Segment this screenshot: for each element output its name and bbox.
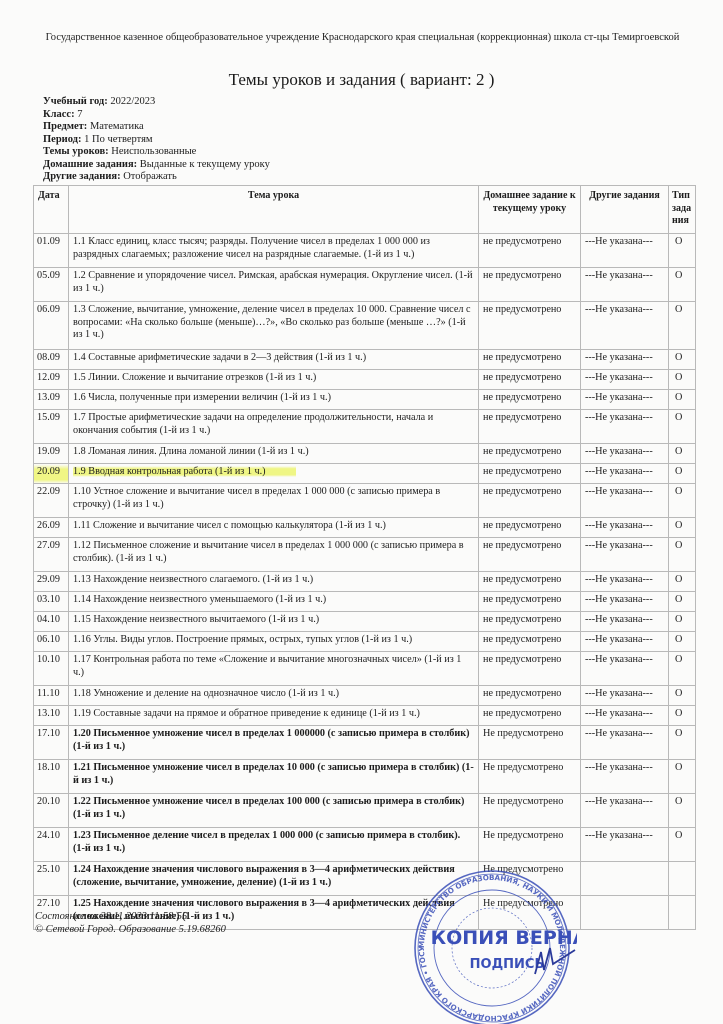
- cell-date: 18.10: [34, 760, 69, 794]
- cell-topic: 1.22 Письменное умножение чисел в предел…: [69, 794, 479, 828]
- cell-topic: 1.12 Письменное сложение и вычитание чис…: [69, 538, 479, 572]
- cell-other-tasks: ---Не указана---: [581, 538, 669, 572]
- table-row: 18.101.21 Письменное умножение чисел в п…: [34, 760, 696, 794]
- table-row: 27.091.12 Письменное сложение и вычитани…: [34, 538, 696, 572]
- column-header-date: Дата: [34, 186, 69, 234]
- cell-homework: не предусмотрено: [479, 592, 581, 612]
- cell-task-type: О: [669, 390, 696, 410]
- meta-line: Класс: 7: [43, 109, 270, 122]
- cell-task-type: О: [669, 632, 696, 652]
- cell-date: 06.10: [34, 632, 69, 652]
- meta-label: Другие задания:: [43, 171, 121, 182]
- cell-other-tasks: ---Не указана---: [581, 572, 669, 592]
- cell-homework: не предусмотрено: [479, 390, 581, 410]
- cell-topic: 1.20 Письменное умножение чисел в предел…: [69, 726, 479, 760]
- table-row: 04.101.15 Нахождение неизвестного вычита…: [34, 612, 696, 632]
- cell-topic: 1.14 Нахождение неизвестного уменьшаемог…: [69, 592, 479, 612]
- meta-value: 7: [77, 109, 82, 120]
- cell-topic: 1.15 Нахождение неизвестного вычитаемого…: [69, 612, 479, 632]
- cell-other-tasks: ---Не указана---: [581, 726, 669, 760]
- table-row: 03.101.14 Нахождение неизвестного уменьш…: [34, 592, 696, 612]
- cell-topic: 1.21 Письменное умножение чисел в предел…: [69, 760, 479, 794]
- table-row: 13.101.19 Составные задачи на прямое и о…: [34, 706, 696, 726]
- document-footer: Состояние на 28.11.2023 11:58:55 © Сетев…: [35, 910, 226, 936]
- cell-task-type: [669, 896, 696, 930]
- meta-value: Математика: [90, 121, 144, 132]
- meta-label: Период:: [43, 134, 81, 145]
- meta-value: 2022/2023: [110, 96, 155, 107]
- cell-topic: 1.7 Простые арифметические задачи на опр…: [69, 410, 479, 444]
- table-row: 12.091.5 Линии. Сложение и вычитание отр…: [34, 370, 696, 390]
- cell-other-tasks: ---Не указана---: [581, 632, 669, 652]
- table-row: 13.091.6 Числа, полученные при измерении…: [34, 390, 696, 410]
- cell-homework: не предусмотрено: [479, 686, 581, 706]
- cell-date: 17.10: [34, 726, 69, 760]
- cell-task-type: О: [669, 612, 696, 632]
- cell-topic: 1.17 Контрольная работа по теме «Сложени…: [69, 652, 479, 686]
- cell-topic: 1.3 Сложение, вычитание, умножение, деле…: [69, 302, 479, 350]
- table-row: 05.091.2 Сравнение и упорядочение чисел.…: [34, 268, 696, 302]
- cell-other-tasks: ---Не указана---: [581, 410, 669, 444]
- cell-topic: 1.19 Составные задачи на прямое и обратн…: [69, 706, 479, 726]
- cell-homework: не предусмотрено: [479, 444, 581, 464]
- cell-task-type: О: [669, 302, 696, 350]
- cell-topic: 1.13 Нахождение неизвестного слагаемого.…: [69, 572, 479, 592]
- cell-homework: не предусмотрено: [479, 538, 581, 572]
- cell-date: 20.09: [34, 464, 69, 484]
- cell-homework: Не предусмотрено: [479, 760, 581, 794]
- cell-date: 29.09: [34, 572, 69, 592]
- cell-date: 05.09: [34, 268, 69, 302]
- status-timestamp: Состояние на 28.11.2023 11:58:55: [35, 910, 226, 923]
- cell-date: 22.09: [34, 484, 69, 518]
- cell-homework: не предусмотрено: [479, 612, 581, 632]
- cell-other-tasks: ---Не указана---: [581, 760, 669, 794]
- column-header-task-type: Тип зада ния: [669, 186, 696, 234]
- cell-topic: 1.8 Ломаная линия. Длина ломаной линии (…: [69, 444, 479, 464]
- cell-other-tasks: [581, 896, 669, 930]
- cell-task-type: О: [669, 828, 696, 862]
- cell-task-type: О: [669, 518, 696, 538]
- cell-date: 13.10: [34, 706, 69, 726]
- cell-other-tasks: ---Не указана---: [581, 370, 669, 390]
- cell-task-type: О: [669, 370, 696, 390]
- cell-date: 15.09: [34, 410, 69, 444]
- cell-task-type: О: [669, 268, 696, 302]
- cell-task-type: О: [669, 652, 696, 686]
- cell-task-type: О: [669, 410, 696, 444]
- cell-other-tasks: ---Не указана---: [581, 484, 669, 518]
- meta-label: Домашние задания:: [43, 159, 137, 170]
- cell-homework: Не предусмотрено: [479, 726, 581, 760]
- cell-homework: Не предусмотрено: [479, 794, 581, 828]
- cell-date: 20.10: [34, 794, 69, 828]
- cell-date: 10.10: [34, 652, 69, 686]
- cell-other-tasks: ---Не указана---: [581, 464, 669, 484]
- cell-topic: 1.5 Линии. Сложение и вычитание отрезков…: [69, 370, 479, 390]
- cell-task-type: О: [669, 484, 696, 518]
- table-row: 15.091.7 Простые арифметические задачи н…: [34, 410, 696, 444]
- cell-topic: 1.1 Класс единиц, класс тысяч; разряды. …: [69, 234, 479, 268]
- cell-topic: 1.16 Углы. Виды углов. Построение прямых…: [69, 632, 479, 652]
- meta-line: Период: 1 По четвертям: [43, 134, 270, 147]
- cell-date: 11.10: [34, 686, 69, 706]
- cell-task-type: О: [669, 538, 696, 572]
- cell-topic: 1.18 Умножение и деление на однозначное …: [69, 686, 479, 706]
- cell-other-tasks: ---Не указана---: [581, 828, 669, 862]
- table-row: 26.091.11 Сложение и вычитание чисел с п…: [34, 518, 696, 538]
- table-row: 11.101.18 Умножение и деление на однозна…: [34, 686, 696, 706]
- organization-name: Государственное казенное общеобразовател…: [40, 31, 685, 45]
- cell-date: 12.09: [34, 370, 69, 390]
- cell-homework: не предусмотрено: [479, 410, 581, 444]
- cell-homework: не предусмотрено: [479, 484, 581, 518]
- meta-label: Предмет:: [43, 121, 87, 132]
- table-row: 20.101.22 Письменное умножение чисел в п…: [34, 794, 696, 828]
- cell-topic: 1.11 Сложение и вычитание чисел с помощь…: [69, 518, 479, 538]
- cell-topic: 1.10 Устное сложение и вычитание чисел в…: [69, 484, 479, 518]
- cell-homework: не предусмотрено: [479, 464, 581, 484]
- table-row: 01.091.1 Класс единиц, класс тысяч; разр…: [34, 234, 696, 268]
- cell-task-type: О: [669, 464, 696, 484]
- meta-label: Учебный год:: [43, 96, 108, 107]
- cell-topic: 1.4 Составные арифметические задачи в 2—…: [69, 350, 479, 370]
- cell-task-type: О: [669, 686, 696, 706]
- cell-other-tasks: ---Не указана---: [581, 518, 669, 538]
- certified-copy-stamp: МИНИСТЕРСТВО ОБРАЗОВАНИЯ, НАУКИ И МОЛОДЕ…: [407, 868, 577, 1024]
- cell-other-tasks: ---Не указана---: [581, 268, 669, 302]
- table-row: 24.101.23 Письменное деление чисел в пре…: [34, 828, 696, 862]
- meta-line: Другие задания: Отображать: [43, 171, 270, 184]
- stamp-signature-label: ПОДПИСЬ: [470, 957, 545, 972]
- cell-other-tasks: ---Не указана---: [581, 302, 669, 350]
- table-row: 29.091.13 Нахождение неизвестного слагае…: [34, 572, 696, 592]
- cell-other-tasks: ---Не указана---: [581, 686, 669, 706]
- cell-task-type: О: [669, 350, 696, 370]
- cell-date: 01.09: [34, 234, 69, 268]
- meta-value: Выданные к текущему уроку: [140, 159, 270, 170]
- table-row: 08.091.4 Составные арифметические задачи…: [34, 350, 696, 370]
- cell-other-tasks: [581, 862, 669, 896]
- cell-task-type: О: [669, 760, 696, 794]
- cell-date: 24.10: [34, 828, 69, 862]
- meta-line: Предмет: Математика: [43, 121, 270, 134]
- meta-line: Учебный год: 2022/2023: [43, 96, 270, 109]
- cell-date: 19.09: [34, 444, 69, 464]
- cell-other-tasks: ---Не указана---: [581, 390, 669, 410]
- cell-homework: не предусмотрено: [479, 572, 581, 592]
- cell-homework: Не предусмотрено: [479, 828, 581, 862]
- meta-label: Темы уроков:: [43, 146, 109, 157]
- cell-topic: 1.2 Сравнение и упорядочение чисел. Римс…: [69, 268, 479, 302]
- page-title: Темы уроков и задания ( вариант: 2 ): [0, 70, 723, 90]
- cell-task-type: О: [669, 706, 696, 726]
- cell-other-tasks: ---Не указана---: [581, 592, 669, 612]
- cell-date: 04.10: [34, 612, 69, 632]
- table-row: 25.101.24 Нахождение значения числового …: [34, 862, 696, 896]
- meta-value: Отображать: [123, 171, 177, 182]
- cell-other-tasks: ---Не указана---: [581, 652, 669, 686]
- copyright-text: © Сетевой Город. Образование 5.19.68260: [35, 923, 226, 936]
- cell-date: 03.10: [34, 592, 69, 612]
- cell-task-type: О: [669, 234, 696, 268]
- table-row: 20.091.9 Вводная контрольная работа (1-й…: [34, 464, 696, 484]
- stamp-main-text: КОПИЯ ВЕРНА: [431, 927, 577, 949]
- cell-homework: не предусмотрено: [479, 632, 581, 652]
- cell-homework: не предусмотрено: [479, 652, 581, 686]
- meta-label: Класс:: [43, 109, 75, 120]
- cell-date: 25.10: [34, 862, 69, 896]
- column-header-homework: Домашнее задание к текущему уроку: [479, 186, 581, 234]
- table-row: 22.091.10 Устное сложение и вычитание чи…: [34, 484, 696, 518]
- cell-topic: 1.9 Вводная контрольная работа (1-й из 1…: [69, 464, 479, 484]
- cell-homework: не предусмотрено: [479, 370, 581, 390]
- table-header-row: Дата Тема урока Домашнее задание к текущ…: [34, 186, 696, 234]
- meta-value: Неиспользованные: [111, 146, 196, 157]
- cell-date: 26.09: [34, 518, 69, 538]
- table-row: 17.101.20 Письменное умножение чисел в п…: [34, 726, 696, 760]
- cell-other-tasks: ---Не указана---: [581, 234, 669, 268]
- cell-task-type: О: [669, 572, 696, 592]
- cell-date: 27.09: [34, 538, 69, 572]
- cell-other-tasks: ---Не указана---: [581, 706, 669, 726]
- table-row: 10.101.17 Контрольная работа по теме «Сл…: [34, 652, 696, 686]
- column-header-topic: Тема урока: [69, 186, 479, 234]
- cell-task-type: [669, 862, 696, 896]
- meta-line: Домашние задания: Выданные к текущему ур…: [43, 159, 270, 172]
- highlighted-text: 1.9 Вводная контрольная работа (1-й из 1…: [73, 466, 296, 477]
- cell-homework: не предусмотрено: [479, 234, 581, 268]
- cell-date: 13.09: [34, 390, 69, 410]
- cell-topic: 1.6 Числа, полученные при измерении вели…: [69, 390, 479, 410]
- cell-topic: 1.23 Письменное деление чисел в пределах…: [69, 828, 479, 862]
- cell-task-type: О: [669, 592, 696, 612]
- table-row: 06.101.16 Углы. Виды углов. Построение п…: [34, 632, 696, 652]
- cell-homework: не предусмотрено: [479, 302, 581, 350]
- table-row: 19.091.8 Ломаная линия. Длина ломаной ли…: [34, 444, 696, 464]
- cell-date: 08.09: [34, 350, 69, 370]
- cell-homework: не предусмотрено: [479, 268, 581, 302]
- cell-task-type: О: [669, 444, 696, 464]
- cell-homework: не предусмотрено: [479, 518, 581, 538]
- cell-other-tasks: ---Не указана---: [581, 794, 669, 828]
- cell-other-tasks: ---Не указана---: [581, 612, 669, 632]
- cell-homework: не предусмотрено: [479, 350, 581, 370]
- cell-date: 06.09: [34, 302, 69, 350]
- report-parameters: Учебный год: 2022/2023Класс: 7Предмет: М…: [43, 96, 270, 184]
- cell-homework: не предусмотрено: [479, 706, 581, 726]
- meta-value: 1 По четвертям: [84, 134, 152, 145]
- meta-line: Темы уроков: Неиспользованные: [43, 146, 270, 159]
- cell-task-type: О: [669, 726, 696, 760]
- lessons-table: Дата Тема урока Домашнее задание к текущ…: [33, 185, 696, 930]
- cell-task-type: О: [669, 794, 696, 828]
- column-header-other-tasks: Другие задания: [581, 186, 669, 234]
- cell-other-tasks: ---Не указана---: [581, 350, 669, 370]
- table-row: 06.091.3 Сложение, вычитание, умножение,…: [34, 302, 696, 350]
- cell-other-tasks: ---Не указана---: [581, 444, 669, 464]
